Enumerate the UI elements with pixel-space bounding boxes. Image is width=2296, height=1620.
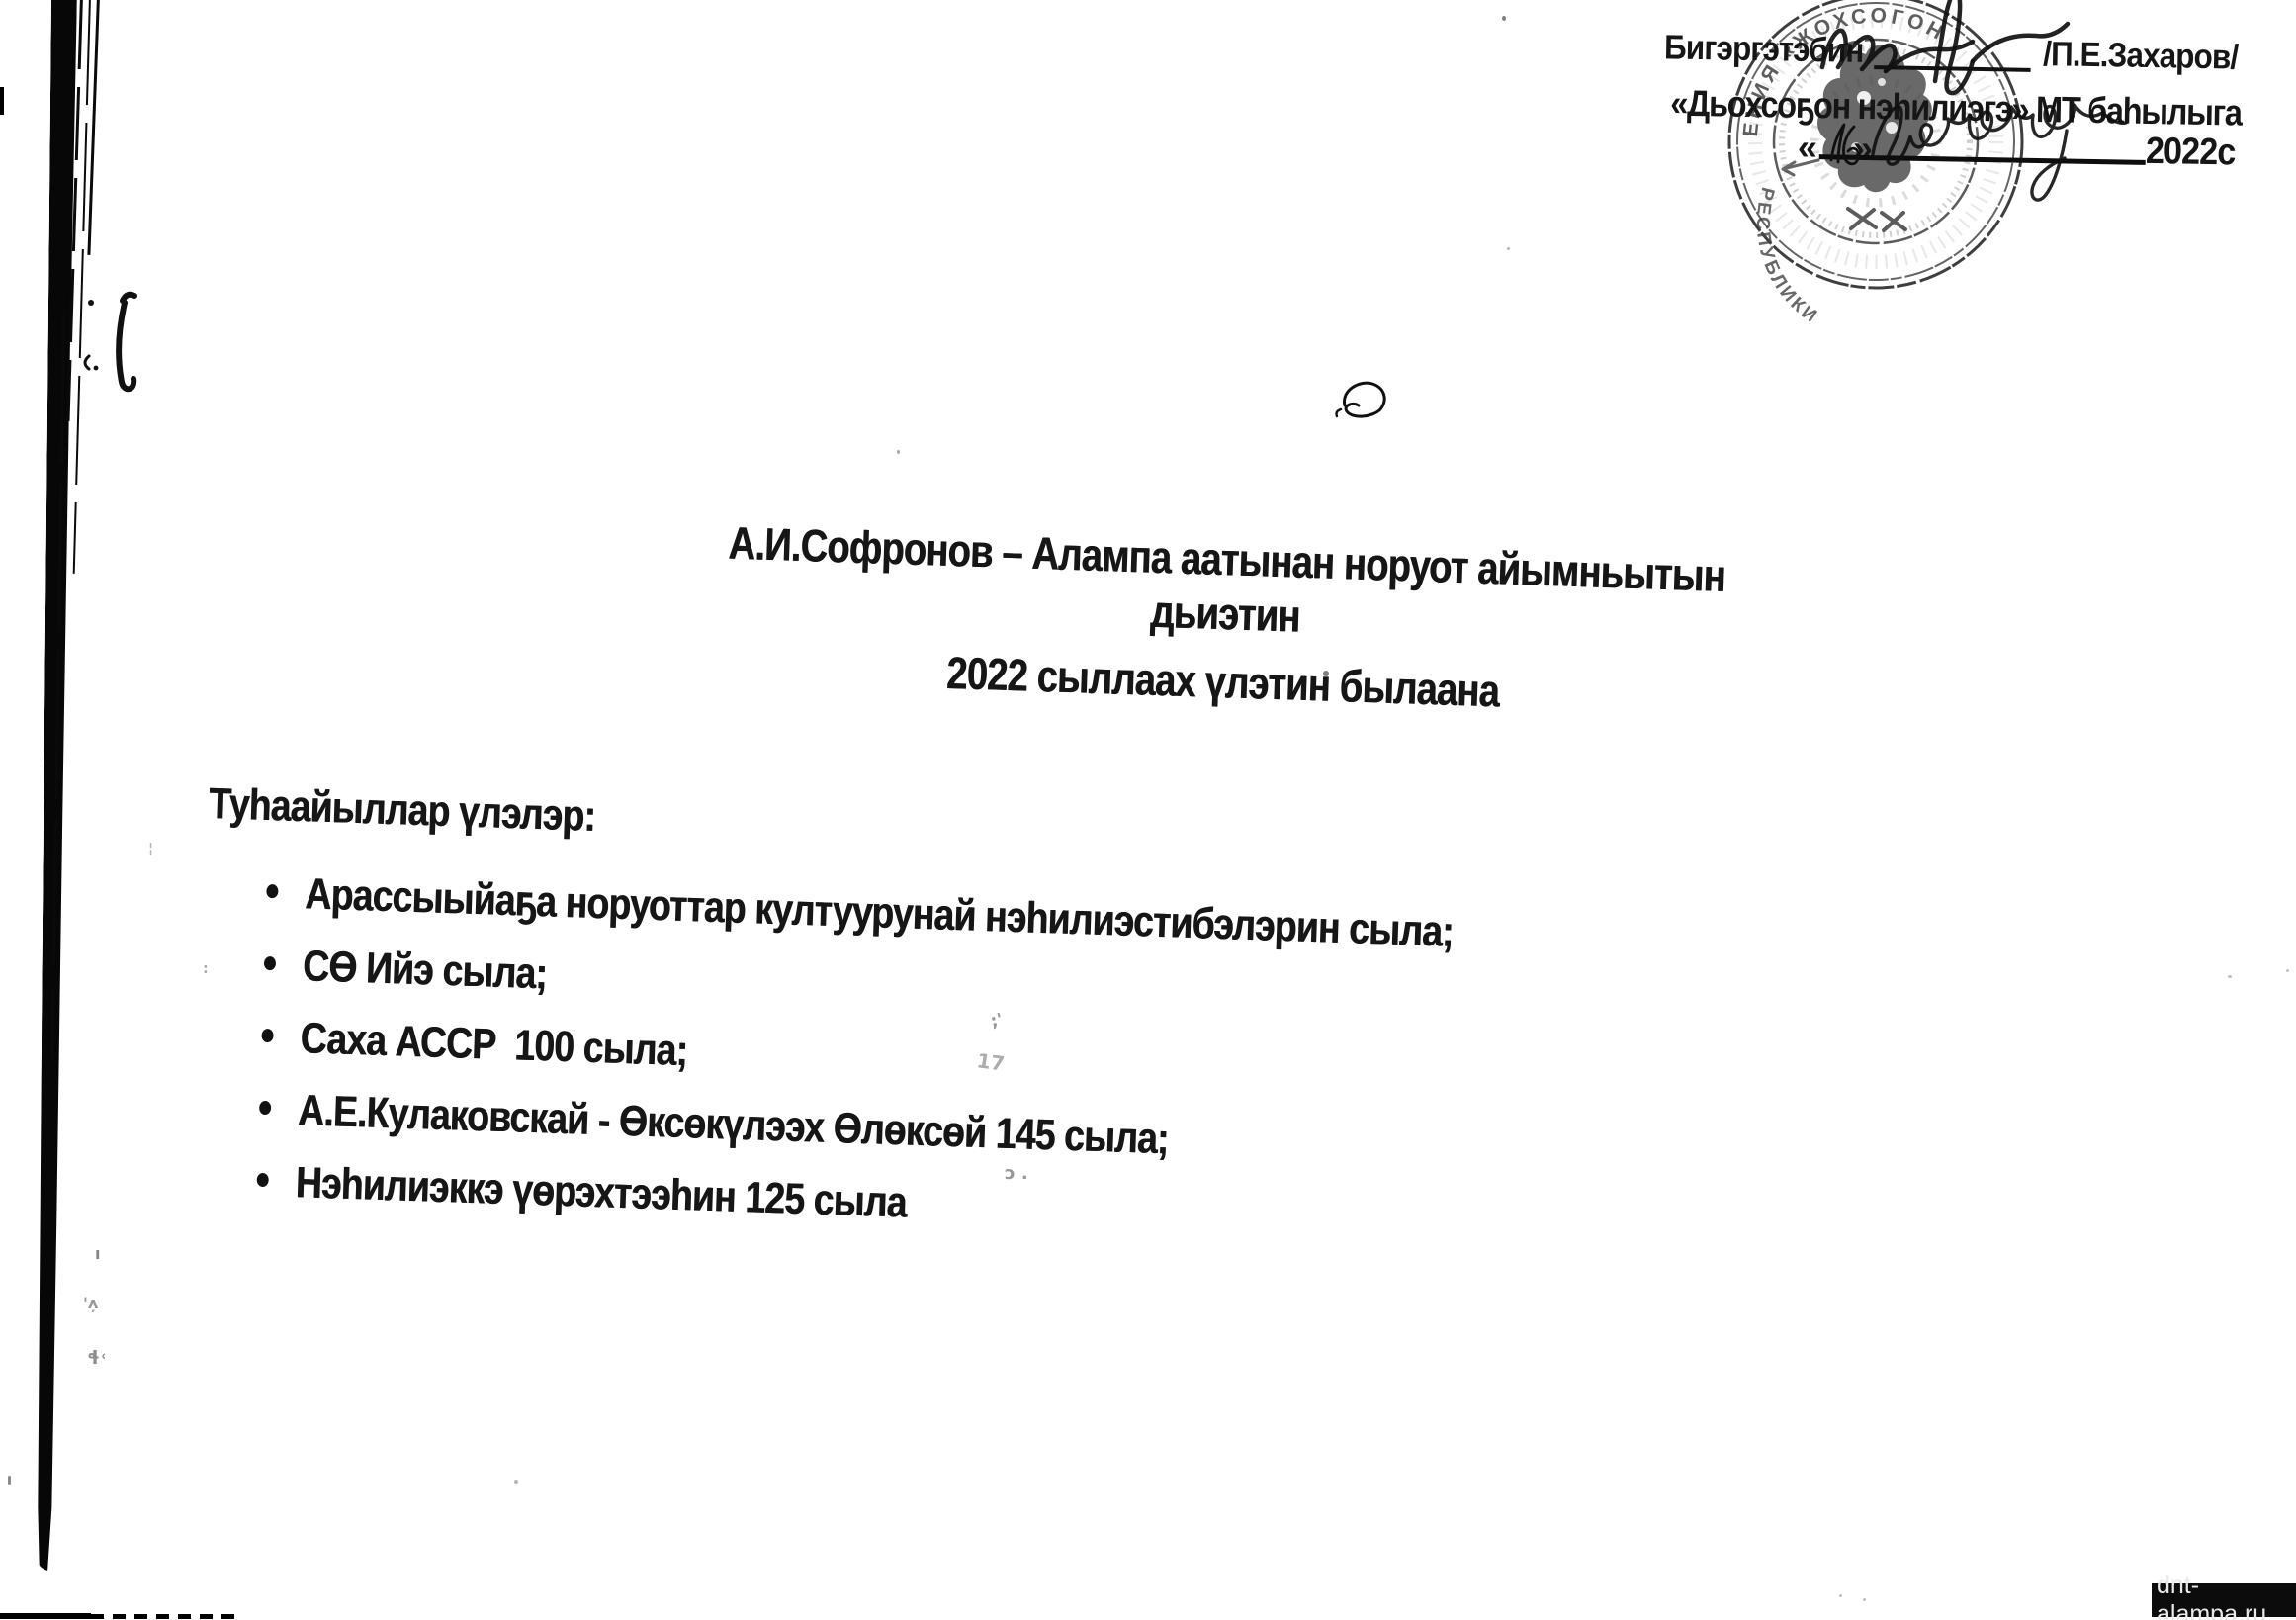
- scan-edge-tick: [0, 87, 4, 115]
- handwritten-day: [1817, 119, 1865, 170]
- noise-speck: [1839, 1594, 1842, 1597]
- noise-speck: [8, 1476, 11, 1485]
- plan-section: Туһаайыллар үлэлэр: Арассыыйаҕа норуотта…: [195, 778, 1520, 1270]
- noise-mark: ɬ˓: [87, 1347, 107, 1369]
- plan-item-text: А.Е.Кулаковскай - Өксөкүлээх Өлөксөй 145…: [297, 1086, 1169, 1163]
- pen-mark-icon: [79, 287, 148, 405]
- noise-mark: 'ʌ̦: [83, 1294, 98, 1312]
- bottom-edge-dash: [0, 1613, 91, 1619]
- date-year: 2022с: [2146, 131, 2236, 175]
- noise-speck: [514, 1480, 518, 1484]
- plan-item-text: Саха АССР 100 сыла;: [300, 1014, 688, 1075]
- noise-speck: [1863, 1598, 1866, 1601]
- plan-item-text: Арассыыйаҕа норуоттар култуурунай нэһили…: [305, 869, 1455, 955]
- scanned-document-page: ЕНИЯ «ЖОХСОГОН РЕСПУБЛИКИ Бигэргэтэбин /…: [0, 0, 2296, 1620]
- date-open-quote: «: [1798, 127, 1817, 168]
- bottom-edge-dashes: [91, 1614, 239, 1619]
- noise-speck: [2228, 975, 2232, 978]
- noise-speck: [2286, 969, 2289, 972]
- site-watermark: dnt-alampa.ru: [2152, 1583, 2296, 1617]
- oval-scribble: [1331, 376, 1392, 423]
- plan-list: Арассыыйаҕа норуоттар култуурунай нэһили…: [196, 865, 1518, 1249]
- plan-item-text: Нэһилиэккэ үөрэхтээһин 125 сыла: [295, 1158, 907, 1226]
- plan-item: Нэһилиэккэ үөрэхтээһин 125 сыла: [295, 1157, 1508, 1249]
- handwritten-month-scrawl: [1867, 91, 2146, 241]
- noise-mark: ı: [95, 1244, 100, 1263]
- noise-speck: [897, 450, 900, 454]
- noise-speck: [1502, 16, 1506, 21]
- noise-speck: [1507, 247, 1510, 250]
- plan-item-text: СӨ Ийэ сыла;: [302, 942, 547, 998]
- noise-mark: ¦: [148, 841, 153, 856]
- title-line-1: А.И.Софронов – Алампа аатынан норуот айы…: [678, 514, 1773, 660]
- document-title: А.И.Софронов – Алампа аатынан норуот айы…: [676, 514, 1773, 728]
- plan-heading: Туһаайыллар үлэлэр:: [208, 778, 1520, 873]
